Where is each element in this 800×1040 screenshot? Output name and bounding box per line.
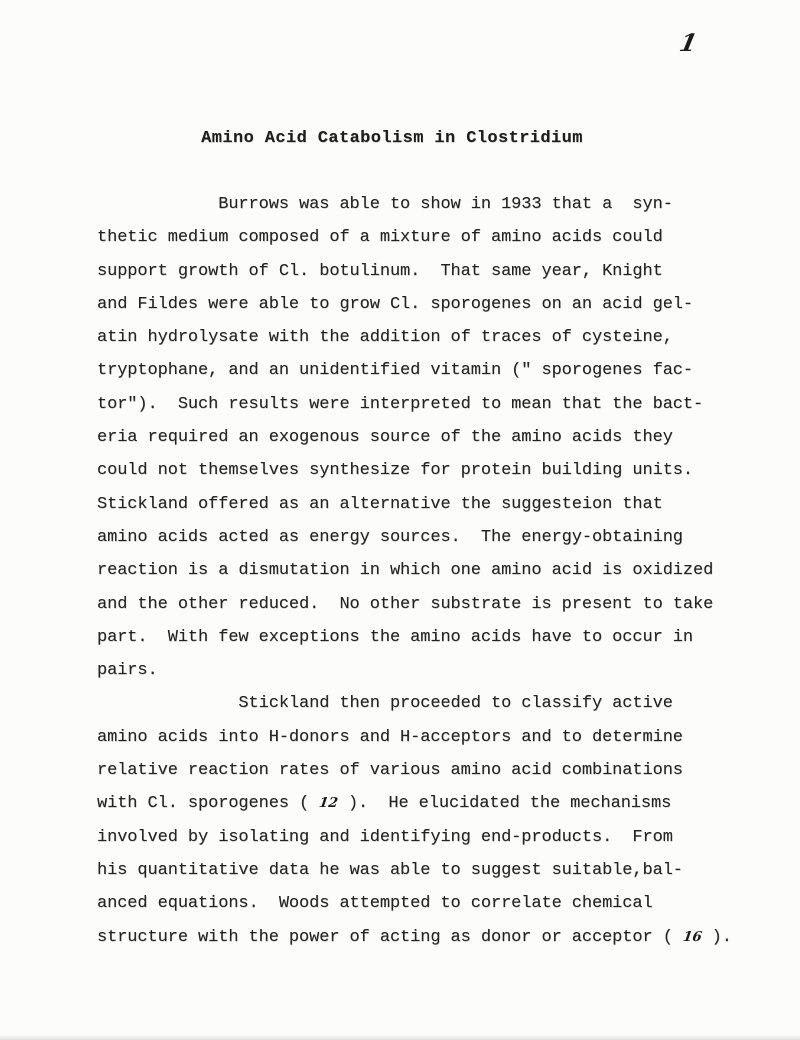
page-number: 1: [677, 28, 700, 57]
text-line: atin hydrolysate with the addition of tr…: [97, 321, 757, 354]
manuscript-page: 1 Amino Acid Catabolism in Clostridium B…: [0, 0, 800, 1040]
text-line: anced equations. Woods attempted to corr…: [97, 887, 757, 920]
text-line: Burrows was able to show in 1933 that a …: [97, 188, 757, 221]
paragraph: Stickland then proceeded to classify act…: [97, 687, 757, 953]
handwritten-reference-number: 12: [317, 787, 340, 820]
page-title: Amino Acid Catabolism in Clostridium: [0, 129, 792, 148]
text-line: amino acids into H-donors and H-acceptor…: [97, 721, 757, 754]
text-line: thetic medium composed of a mixture of a…: [97, 221, 757, 254]
text-line: amino acids acted as energy sources. The…: [97, 521, 757, 554]
paper-bottom-edge: [0, 1035, 800, 1040]
text-line: structure with the power of acting as do…: [97, 921, 757, 954]
text-line: with Cl. sporogenes ( 12 ). He elucidate…: [97, 787, 757, 820]
text-line: reaction is a dismutation in which one a…: [97, 554, 757, 587]
text-line: pairs.: [97, 654, 757, 687]
text-line: part. With few exceptions the amino acid…: [97, 621, 757, 654]
text-line: tryptophane, and an unidentified vitamin…: [97, 354, 757, 387]
text-line: eria required an exogenous source of the…: [97, 421, 757, 454]
text-line: involved by isolating and identifying en…: [97, 821, 757, 854]
text-line: support growth of Cl. botulinum. That sa…: [97, 255, 757, 288]
paragraph: Burrows was able to show in 1933 that a …: [97, 188, 757, 687]
handwritten-reference-number: 16: [681, 921, 704, 954]
text-line: tor"). Such results were interpreted to …: [97, 388, 757, 421]
text-line: relative reaction rates of various amino…: [97, 754, 757, 787]
text-line: Stickland then proceeded to classify act…: [97, 687, 757, 720]
document-body: Burrows was able to show in 1933 that a …: [97, 188, 757, 954]
text-line: and the other reduced. No other substrat…: [97, 588, 757, 621]
text-line: could not themselves synthesize for prot…: [97, 454, 757, 487]
text-line: and Fildes were able to grow Cl. sporoge…: [97, 288, 757, 321]
text-line: his quantitative data he was able to sug…: [97, 854, 757, 887]
text-line: Stickland offered as an alternative the …: [97, 488, 757, 521]
